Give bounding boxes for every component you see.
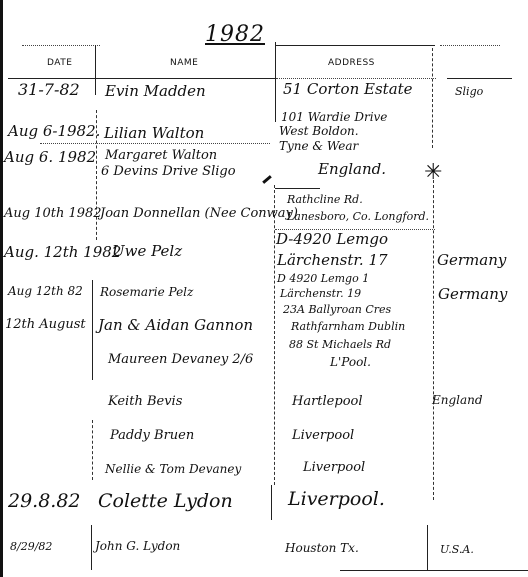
rule-line — [275, 188, 320, 189]
name-column-header: NAME — [170, 58, 198, 68]
rule-line — [40, 143, 270, 144]
entry-address: Lärchenstr. 17 — [277, 251, 388, 269]
entry-address: Houston Tx. — [285, 541, 359, 555]
column-divider — [427, 525, 428, 570]
entry-country: Sligo — [455, 85, 483, 98]
date-column-header: DATE — [47, 58, 72, 68]
entry-name: Maureen Devaney 2/6 — [108, 352, 253, 367]
entry-address: 51 Corton Estate — [283, 80, 413, 98]
entry-date: Aug 6. 1982 — [4, 148, 96, 166]
header-rule — [8, 78, 276, 79]
rule-line — [275, 45, 435, 46]
column-divider — [92, 420, 93, 480]
entry-name: Rosemarie Pelz — [100, 285, 193, 299]
entry-date: Aug 12th 82 — [8, 284, 83, 298]
page-edge — [0, 0, 3, 577]
entry-address: 101 Wardie Drive — [281, 110, 387, 124]
entry-name: Nellie & Tom Devaney — [105, 462, 241, 476]
header-rule — [447, 78, 512, 79]
rule-line — [440, 45, 500, 46]
entry-date: Aug. 12th 1982 — [4, 243, 121, 261]
entry-address: Hartlepool — [292, 394, 363, 409]
column-divider — [95, 45, 96, 95]
entry-country: U.S.A. — [440, 543, 474, 556]
entry-date: 12th August — [5, 317, 86, 332]
entry-name: Lilian Walton — [104, 124, 204, 142]
address-column-header: ADDRESS — [328, 58, 375, 68]
entry-country: Germany — [438, 285, 507, 303]
entry-address: Liverpool — [292, 428, 354, 443]
entry-address: D-4920 Lemgo — [276, 230, 388, 248]
entry-name: Jan & Aidan Gannon — [98, 316, 253, 334]
entry-address: Rathfarnham Dublin — [291, 320, 405, 333]
column-divider — [433, 180, 434, 500]
rule-line — [340, 570, 528, 571]
column-divider — [92, 280, 93, 380]
entry-address: Lärchenstr. 19 — [280, 287, 361, 300]
entry-date: 8/29/82 — [10, 540, 52, 553]
column-divider — [271, 485, 272, 520]
entry-address: 6 Devins Drive Sligo — [101, 164, 236, 179]
entry-name: Paddy Bruen — [110, 428, 194, 443]
rule-line — [22, 45, 100, 46]
entry-date: Aug 10th 1982 — [4, 206, 102, 221]
header-rule — [276, 78, 436, 79]
entry-address: West Boldon. — [279, 124, 359, 138]
entry-date: 29.8.82 — [8, 490, 81, 512]
entry-address: Liverpool — [303, 460, 365, 475]
entry-address: 88 St Michaels Rd — [289, 338, 391, 351]
entry-country: England — [432, 393, 483, 407]
entry-name: Uwe Pelz — [112, 242, 182, 260]
entry-address: 23A Ballyroan Cres — [283, 303, 391, 316]
entry-name: Evin Madden — [105, 82, 206, 100]
entry-name: Margaret Walton — [105, 148, 217, 163]
column-divider — [275, 42, 276, 122]
guestbook-page: 1982 DATE NAME ADDRESS 31-7-82 Evin Madd… — [0, 0, 528, 577]
entry-name: Colette Lydon — [98, 490, 233, 512]
entry-date: Aug 6-1982. — [8, 122, 100, 140]
column-divider — [432, 48, 433, 148]
year-heading: 1982 — [205, 22, 265, 47]
entry-date: 31-7-82 — [18, 80, 80, 99]
entry-name: Keith Bevis — [108, 394, 182, 409]
entry-address: England. — [318, 160, 386, 178]
column-divider — [91, 525, 92, 570]
entry-address: Rathcline Rd. — [287, 193, 363, 206]
entry-name: Joan Donnellan (Nee Conway) — [100, 206, 298, 221]
entry-address: Liverpool. — [288, 488, 385, 510]
entry-address: D 4920 Lemgo 1 — [277, 272, 369, 285]
pen-mark — [262, 175, 272, 184]
entry-address: Tyne & Wear — [279, 139, 358, 153]
entry-address: L'Pool. — [330, 355, 371, 369]
entry-address: Lanesboro, Co. Longford. — [287, 210, 429, 223]
entry-name: John G. Lydon — [95, 539, 180, 553]
entry-country: Germany — [437, 251, 506, 269]
asterisk-mark: ✳ — [424, 160, 442, 185]
column-divider — [274, 185, 275, 485]
